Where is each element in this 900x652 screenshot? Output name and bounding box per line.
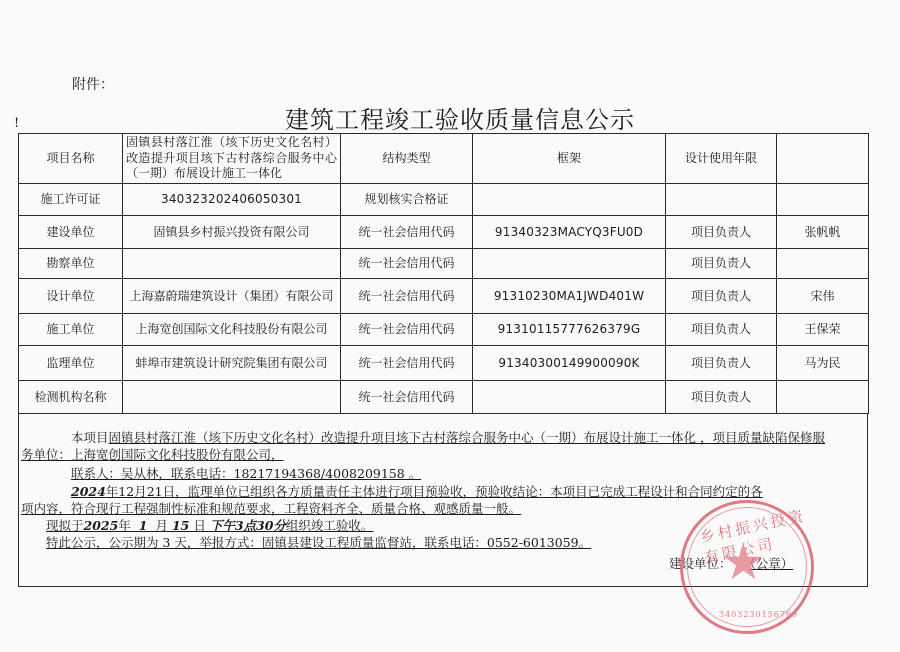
handwritten-day: 15: [172, 518, 189, 533]
cell-label: 项目负责人: [666, 346, 777, 381]
cell-label: 项目负责人: [666, 279, 777, 314]
cell-label: 结构类型: [341, 134, 473, 184]
notice-project-name: 固镇县村落江淮（垓下历史文化名村）改造提升项目垓下古村落综合服务中心（一期）布展…: [109, 430, 825, 445]
project-lead: [777, 249, 869, 279]
unit-text: 日: [193, 518, 206, 533]
project-lead: [777, 381, 869, 414]
notice-warranty-unit: 务单位：上海宽创国际文化科技股份有限公司，: [21, 446, 284, 464]
cell-label: 统一社会信用代码: [341, 346, 473, 381]
handwritten-year: 2024: [71, 484, 106, 499]
unit-text: 年: [118, 518, 131, 533]
notice-preacceptance-text: 年12月21日，监理单位已组织各方质量责任主体进行项目预验收，预验收结论：本项目…: [106, 484, 763, 499]
seal-code: 3403230156769: [719, 610, 798, 619]
structure-type-value: 框架: [473, 134, 666, 184]
handwritten-year: 2025: [84, 518, 119, 533]
signature-line: 建设单位：（公章）: [669, 555, 793, 573]
permit-number: 340323202406050301: [123, 184, 341, 216]
cell-label: 勘察单位: [19, 249, 123, 279]
credit-code: 91340323MACYQ3FU0D: [473, 216, 666, 249]
project-lead: 宋伟: [777, 279, 869, 314]
unit-name: 上海宽创国际文化科技股份有限公司: [123, 314, 341, 346]
notice-acceptance-schedule: 现拟于2025年 1 月 15 日 下午3点30分组织竣工验收。: [46, 517, 373, 535]
table-row-unit: 设计单位 上海嘉蔚瑞建筑设计（集团）有限公司 统一社会信用代码 91310230…: [19, 279, 869, 314]
table-row-unit: 建设单位 固镇县乡村振兴投资有限公司 统一社会信用代码 91340323MACY…: [19, 216, 869, 249]
unit-name: [123, 381, 341, 414]
project-lead: 王保荣: [777, 314, 869, 346]
table-row-unit: 监理单位 蚌埠市建筑设计研究院集团有限公司 统一社会信用代码 913403001…: [19, 346, 869, 381]
unit-name: 上海嘉蔚瑞建筑设计（集团）有限公司: [123, 279, 341, 314]
table-row-unit: 勘察单位 统一社会信用代码 项目负责人: [19, 249, 869, 279]
cell-label: 统一社会信用代码: [341, 279, 473, 314]
unit-text: 月: [155, 518, 168, 533]
cell-label: 统一社会信用代码: [341, 216, 473, 249]
unit-name: 固镇县乡村振兴投资有限公司: [123, 216, 341, 249]
table-row-permit: 施工许可证 340323202406050301 规划核实合格证: [19, 184, 869, 216]
cell-label: 项目负责人: [666, 216, 777, 249]
project-lead: 马为民: [777, 346, 869, 381]
unit-name: 蚌埠市建筑设计研究院集团有限公司: [123, 346, 341, 381]
notice-preacceptance: 2024年12月21日，监理单位已组织各方质量责任主体进行项目预验收，预验收结论…: [71, 483, 861, 501]
cell-label: 检测机构名称: [19, 381, 123, 414]
attachment-label: 附件：: [72, 74, 114, 94]
cell-label: 监理单位: [19, 346, 123, 381]
credit-code: [473, 381, 666, 414]
handwritten-month: 1: [139, 518, 148, 533]
project-lead: 张帆帆: [777, 216, 869, 249]
cell-label: 施工许可证: [19, 184, 123, 216]
cell-label: 统一社会信用代码: [341, 381, 473, 414]
cell-label: 设计使用年限: [666, 134, 777, 184]
cell-label: 项目负责人: [666, 314, 777, 346]
table-row-unit: 检测机构名称 统一社会信用代码 项目负责人: [19, 381, 869, 414]
project-name-value: 固镇县村落江淮（垓下历史文化名村）改造提升项目垓下古村落综合服务中心（一期）布展…: [123, 134, 341, 184]
credit-code: 91310230MA1JWD401W: [473, 279, 666, 314]
info-table: 项目名称 固镇县村落江淮（垓下历史文化名村）改造提升项目垓下古村落综合服务中心（…: [18, 133, 869, 414]
notice-report-info: 特此公示，公示期为 3 天，举报方式：固镇县建设工程质量监督站，联系电话：055…: [46, 534, 591, 552]
credit-code: 91310115777626379G: [473, 314, 666, 346]
sign-label: 建设单位：: [669, 556, 732, 571]
cell-label: 项目名称: [19, 134, 123, 184]
empty-cell: [666, 184, 777, 216]
cell-label: 施工单位: [19, 314, 123, 346]
notice-prefix: 本项目: [71, 430, 109, 445]
table-row-unit: 施工单位 上海宽创国际文化科技股份有限公司 统一社会信用代码 913101157…: [19, 314, 869, 346]
empty-cell: [777, 184, 869, 216]
cell-label: 项目负责人: [666, 249, 777, 279]
cell-label: 统一社会信用代码: [341, 314, 473, 346]
cell-label: 统一社会信用代码: [341, 249, 473, 279]
cell-label: 设计单位: [19, 279, 123, 314]
page-title: 建筑工程竣工验收质量信息公示: [0, 100, 900, 135]
cell-label: 建设单位: [19, 216, 123, 249]
cell-label: 规划核实合格证: [341, 184, 473, 216]
seal-label: （公章）: [732, 556, 794, 571]
notice-line-project: 本项目固镇县村落江淮（垓下历史文化名村）改造提升项目垓下古村落综合服务中心（一期…: [71, 429, 851, 447]
table-row-project: 项目名称 固镇县村落江淮（垓下历史文化名村）改造提升项目垓下古村落综合服务中心（…: [19, 134, 869, 184]
notice-box: 本项目固镇县村落江淮（垓下历史文化名村）改造提升项目垓下古村落综合服务中心（一期…: [18, 413, 868, 587]
design-life-value: [777, 134, 869, 184]
schedule-prefix: 现拟于: [46, 518, 84, 533]
notice-conclusion: 项内容，符合现行工程强制性标准和规范要求，工程资料齐全、质量合格、观感质量一般。: [21, 500, 521, 518]
notice-contact: 联系人：吴从林，联系电话：18217194368/4008209158 。: [71, 465, 421, 483]
unit-name: [123, 249, 341, 279]
handwritten-time: 下午3点30分: [210, 518, 286, 533]
credit-code: [473, 249, 666, 279]
schedule-suffix: 组织竣工验收。: [286, 518, 374, 533]
credit-code: 91340300149900090K: [473, 346, 666, 381]
cell-label: 项目负责人: [666, 381, 777, 414]
plan-cert-value: [473, 184, 666, 216]
